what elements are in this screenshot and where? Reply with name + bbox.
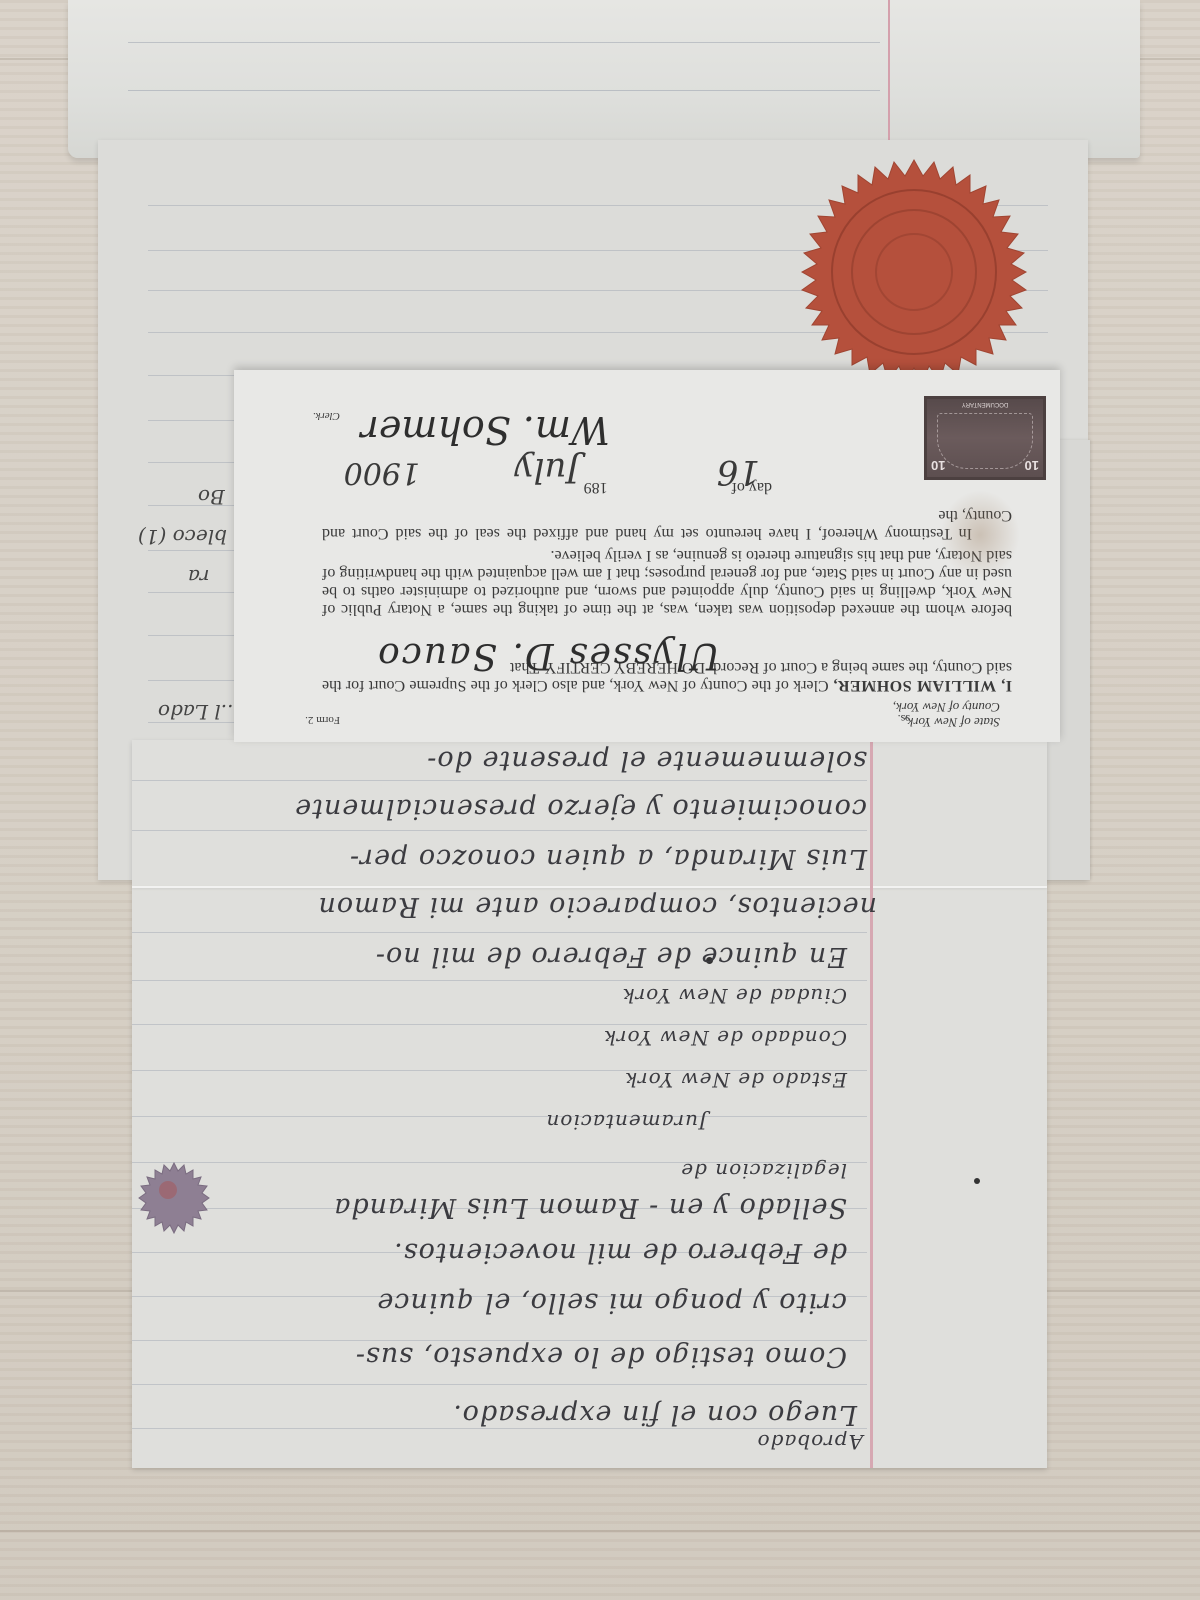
ink-dot (974, 1178, 980, 1184)
date-day: 16 (717, 452, 760, 492)
rolled-top-sheet (68, 0, 1140, 158)
ss-mark: ss. (898, 711, 910, 726)
stamp-label: DOCUMENTARY (945, 401, 1025, 407)
handwriting-line: de Febrero de mil novecientos. (393, 1237, 847, 1268)
revenue-stamp-icon: 10 10 DOCUMENTARY (924, 396, 1046, 480)
handwriting-line: solemnemente el presente do- (426, 745, 867, 776)
handwriting-line: Condado de New York (603, 1026, 847, 1050)
handwriting-line: crito y pongo mi sello, el quince (376, 1287, 847, 1318)
handwriting-line: Aprobado (757, 1430, 863, 1454)
handwritten-spanish-text: Aprobado Luego con el fin expresado. Com… (132, 740, 867, 1468)
stamp-value: 10 (1025, 458, 1039, 473)
handwriting-line: legalizacion de (680, 1159, 847, 1183)
date-year: 1900 (344, 455, 420, 490)
handwriting-fragment: bleco (1) (138, 525, 227, 549)
handwriting-line: necientos, comparecio ante mi Ramon (318, 891, 877, 922)
year-printed: 189 (584, 479, 608, 496)
red-wafer-seal-icon (780, 158, 1048, 386)
stamp-value: 10 (931, 458, 945, 473)
notary-signature: Ulysses D. Sauco (376, 635, 720, 676)
handwriting-line: Estado de New York (624, 1068, 847, 1092)
clerk-label: Clerk. (313, 410, 340, 422)
form-number: Form 2. (305, 714, 340, 726)
handwriting-line: Juramentacion (545, 1110, 707, 1134)
handwriting-fragment: Bo (198, 485, 225, 509)
handwriting-line: Ciudad de New York (622, 984, 847, 1008)
handwriting-line: Como testigo de lo expuesto, sus- (355, 1341, 847, 1372)
margin-line (870, 740, 873, 1468)
margin-line (888, 0, 890, 158)
clerk-name: I, WILLIAM SOHMER, (833, 677, 1012, 694)
handwriting-fragment: ...l Lado (158, 700, 240, 724)
handwriting-line: Luis Miranda, a quien conozco per- (349, 843, 867, 874)
handwriting-line: Sellado y en - Ramon Luis Miranda (333, 1192, 847, 1223)
handwriting-fragment: ra (188, 565, 209, 589)
handwriting-line: conocimiento y ejerzo presencialmente (294, 793, 867, 824)
small-wafer-seal-icon (138, 1162, 210, 1234)
ink-stain (940, 490, 1020, 580)
county-clerk-certificate: State of New York, County of New York, s… (234, 370, 1060, 742)
date-month: July (514, 450, 580, 490)
wood-seam (0, 1530, 1200, 1532)
handwriting-line: Luego con el fin expresado. (452, 1399, 857, 1430)
handwriting-line: En quince de Febrero de mil no- (375, 941, 847, 972)
clerk-signature: Wm. Sohmer (361, 408, 610, 452)
